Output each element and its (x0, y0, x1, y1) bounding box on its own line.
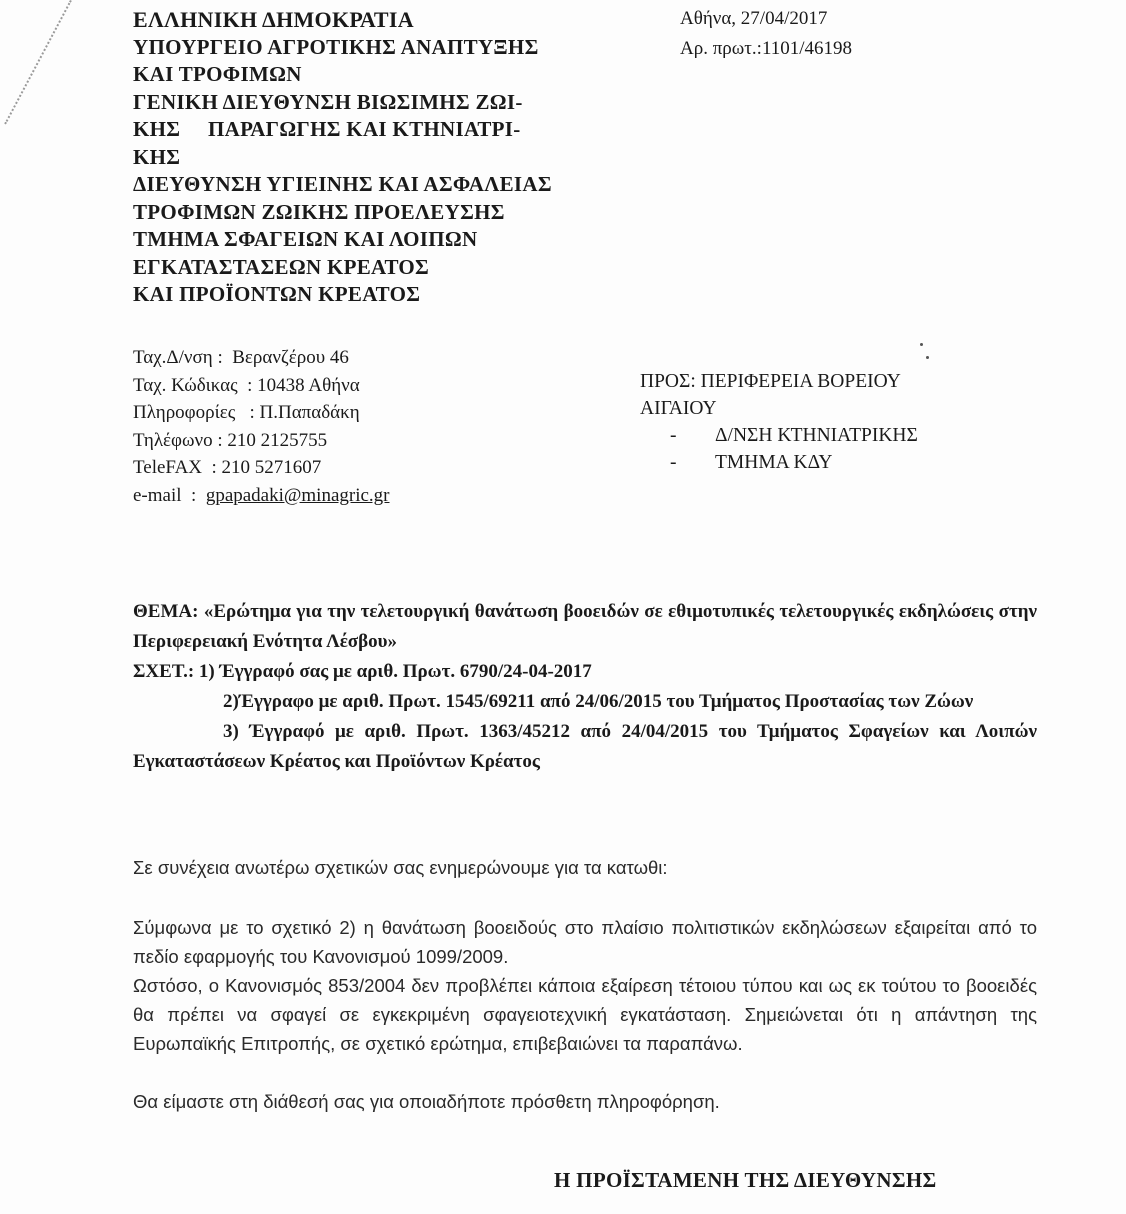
info-contact: Πληροφορίες : Π.Παπαδάκη (133, 399, 390, 427)
body-paragraph-3: Θα είμαστε στη διάθεσή σας για οποιαδήπο… (133, 1087, 1037, 1116)
sender-line: ΤΜΗΜΑ ΣΦΑΓΕΙΩΝ ΚΑΙ ΛΟΙΠΩΝ (133, 226, 552, 254)
date-line: Αθήνα, 27/04/2017 (680, 4, 852, 34)
recipient-line: ΠΡΟΣ: ΠΕΡΙΦΕΡΕΙΑ ΒΟΡΕΙΟΥ (640, 368, 918, 395)
subject-theme: ΘΕΜΑ: «Ερώτημα για την τελετουργική θανά… (133, 597, 1037, 657)
reference-3: 3) Έγγραφό με αριθ. Πρωτ. 1363/45212 από… (133, 717, 1037, 777)
sender-line: ΚΗΣ (133, 144, 552, 172)
reference-2: 2)Έγγραφο με αριθ. Πρωτ. 1545/69211 από … (133, 687, 1037, 717)
contact-block: Ταχ.Δ/νση : Βερανζέρου 46 Ταχ. Κώδικας :… (133, 344, 390, 509)
sender-line: ΚΗΣ ΠΑΡΑΓΩΓΗΣ ΚΑΙ ΚΤΗΝΙΑΤΡΙ- (133, 116, 552, 144)
sender-line: ΚΑΙ ΤΡΟΦΙΜΩΝ (133, 61, 552, 89)
date-block: Αθήνα, 27/04/2017 Αρ. πρωτ.:1101/46198 (680, 4, 852, 64)
sender-line: ΓΕΝΙΚΗ ΔΙΕΥΘΥΝΣΗ ΒΙΩΣΙΜΗΣ ΖΩΙ- (133, 89, 552, 117)
recipient-block: ΠΡΟΣ: ΠΕΡΙΦΕΡΕΙΑ ΒΟΡΕΙΟΥ ΑΙΓΑΙΟΥ -Δ/ΝΣΗ … (640, 368, 918, 476)
recipient-line: ΑΙΓΑΙΟΥ (640, 395, 918, 422)
email-label: e-mail : (133, 485, 206, 506)
sender-line: ΔΙΕΥΘΥΝΣΗ ΥΓΙΕΙΝΗΣ ΚΑΙ ΑΣΦΑΛΕΙΑΣ (133, 171, 552, 199)
signature-title: Η ΠΡΟΪΣΤΑΜΕΝΗ ΤΗΣ ΔΙΕΥΘΥΝΣΗΣ (554, 1168, 937, 1193)
body-paragraph-1: Σύμφωνα με το σχετικό 2) η θανάτωση βοοε… (133, 913, 1037, 971)
protocol-number: Αρ. πρωτ.:1101/46198 (680, 34, 852, 64)
reference-1: ΣΧΕΤ.: 1) Έγγραφό σας με αριθ. Πρωτ. 679… (133, 657, 1037, 687)
sender-block: ΕΛΛΗΝΙΚΗ ΔΗΜΟΚΡΑΤΙΑ ΥΠΟΥΡΓΕΙΟ ΑΓΡΟΤΙΚΗΣ … (133, 6, 552, 309)
phone: Τηλέφωνο : 210 2125755 (133, 427, 390, 455)
sender-line: ΕΛΛΗΝΙΚΗ ΔΗΜΟΚΡΑΤΙΑ (133, 6, 552, 34)
sender-line: ΤΡΟΦΙΜΩΝ ΖΩΙΚΗΣ ΠΡΟΕΛΕΥΣΗΣ (133, 199, 552, 227)
recipient-item: -ΤΜΗΜΑ ΚΔΥ (640, 449, 918, 476)
email-link[interactable]: gpapadaki@minagric.gr (206, 485, 390, 506)
email-row: e-mail : gpapadaki@minagric.gr (133, 482, 390, 510)
recipient-item: -Δ/ΝΣΗ ΚΤΗΝΙΑΤΡΙΚΗΣ (640, 422, 918, 449)
address: Ταχ.Δ/νση : Βερανζέρου 46 (133, 344, 390, 372)
body-paragraph-2: Ωστόσο, ο Κανονισμός 853/2004 δεν προβλέ… (133, 971, 1037, 1058)
scan-speck (920, 343, 923, 346)
postal-code: Ταχ. Κώδικας : 10438 Αθήνα (133, 372, 390, 400)
body-intro: Σε συνέχεια ανωτέρω σχετικών σας ενημερώ… (133, 853, 1037, 882)
fax: TeleFAX : 210 5271607 (133, 454, 390, 482)
sender-line: ΕΓΚΑΤΑΣΤΑΣΕΩΝ ΚΡΕΑΤΟΣ (133, 254, 552, 282)
scan-artifact-line (4, 0, 73, 125)
subject-block: ΘΕΜΑ: «Ερώτημα για την τελετουργική θανά… (133, 597, 1037, 777)
sender-line: ΚΑΙ ΠΡΟΪΟΝΤΩΝ ΚΡΕΑΤΟΣ (133, 281, 552, 309)
scan-speck (926, 356, 929, 359)
sender-line: ΥΠΟΥΡΓΕΙΟ ΑΓΡΟΤΙΚΗΣ ΑΝΑΠΤΥΞΗΣ (133, 34, 552, 62)
